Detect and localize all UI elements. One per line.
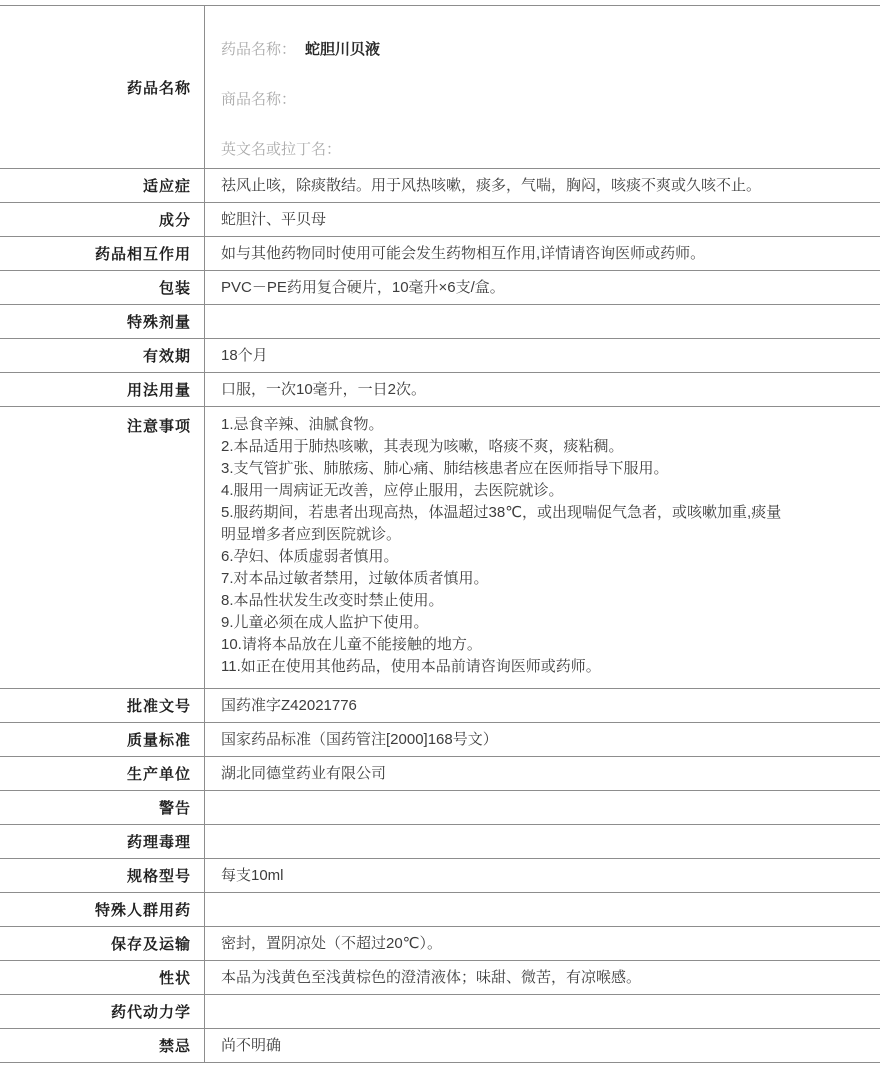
row-value bbox=[205, 825, 880, 858]
drug-info-table: 药品名称 药品名称：蛇胆川贝液 商品名称： 英文名或拉丁名： 适应症 祛风止咳，… bbox=[0, 5, 880, 1063]
page: 药品名称 药品名称：蛇胆川贝液 商品名称： 英文名或拉丁名： 适应症 祛风止咳，… bbox=[0, 0, 880, 1070]
table-row: 注意事项 1.忌食辛辣、油腻食物。2.本品适用于肺热咳嗽，其表现为咳嗽，咯痰不爽… bbox=[0, 407, 880, 689]
latin-name-line: 英文名或拉丁名： bbox=[221, 112, 350, 162]
row-label: 成分 bbox=[0, 203, 205, 236]
row-label: 性状 bbox=[0, 961, 205, 994]
row-label: 生产单位 bbox=[0, 757, 205, 790]
drug-name-value: 蛇胆川贝液 bbox=[305, 41, 380, 58]
row-value bbox=[205, 893, 880, 926]
row-label: 药理毒理 bbox=[0, 825, 205, 858]
table-row: 药理毒理 bbox=[0, 825, 880, 859]
row-label: 适应症 bbox=[0, 169, 205, 202]
table-row: 药代动力学 bbox=[0, 995, 880, 1029]
row-label: 注意事项 bbox=[0, 407, 205, 688]
table-row: 性状 本品为浅黄色至浅黄棕色的澄清液体；味甜、微苦，有凉喉感。 bbox=[0, 961, 880, 995]
table-row: 药品相互作用 如与其他药物同时使用可能会发生药物相互作用,详情请咨询医师或药师。 bbox=[0, 237, 880, 271]
row-value: 密封，置阴凉处（不超过20℃）。 bbox=[205, 927, 880, 960]
row-value: 蛇胆汁、平贝母 bbox=[205, 203, 880, 236]
row-label: 特殊剂量 bbox=[0, 305, 205, 338]
row-label: 特殊人群用药 bbox=[0, 893, 205, 926]
row-value: 国家药品标准（国药管注[2000]168号文） bbox=[205, 723, 880, 756]
note-line: 7.对本品过敏者禁用，过敏体质者慎用。 bbox=[221, 568, 489, 590]
table-row: 成分 蛇胆汁、平贝母 bbox=[0, 203, 880, 237]
table-row: 有效期 18个月 bbox=[0, 339, 880, 373]
row-label: 警告 bbox=[0, 791, 205, 824]
row-label: 用法用量 bbox=[0, 373, 205, 406]
row-value: 如与其他药物同时使用可能会发生药物相互作用,详情请咨询医师或药师。 bbox=[205, 237, 880, 270]
table-row: 特殊剂量 bbox=[0, 305, 880, 339]
note-line: 5.服药期间，若患者出现高热，体温超过38℃，或出现喘促气急者，或咳嗽加重,痰量… bbox=[221, 502, 781, 546]
note-line: 2.本品适用于肺热咳嗽，其表现为咳嗽，咯痰不爽，痰粘稠。 bbox=[221, 436, 624, 458]
row-label: 批准文号 bbox=[0, 689, 205, 722]
row-value: 本品为浅黄色至浅黄棕色的澄清液体；味甜、微苦，有凉喉感。 bbox=[205, 961, 880, 994]
trade-name-key: 商品名称： bbox=[221, 91, 296, 108]
table-row: 适应症 祛风止咳，除痰散结。用于风热咳嗽，痰多，气喘，胸闷，咳痰不爽或久咳不止。 bbox=[0, 169, 880, 203]
row-value: 国药准字Z42021776 bbox=[205, 689, 880, 722]
row-value: PVC－PE药用复合硬片，10毫升×6支/盒。 bbox=[205, 271, 880, 304]
row-value: 尚不明确 bbox=[205, 1029, 880, 1062]
row-value: 18个月 bbox=[205, 339, 880, 372]
row-label: 包装 bbox=[0, 271, 205, 304]
row-label: 规格型号 bbox=[0, 859, 205, 892]
row-value: 每支10ml bbox=[205, 859, 880, 892]
row-label: 质量标准 bbox=[0, 723, 205, 756]
table-row: 禁忌 尚不明确 bbox=[0, 1029, 880, 1063]
row-value: 1.忌食辛辣、油腻食物。2.本品适用于肺热咳嗽，其表现为咳嗽，咯痰不爽，痰粘稠。… bbox=[205, 407, 880, 688]
note-line: 10.请将本品放在儿童不能接触的地方。 bbox=[221, 634, 482, 656]
row-value bbox=[205, 995, 880, 1028]
row-value-drug-name: 药品名称：蛇胆川贝液 商品名称： 英文名或拉丁名： bbox=[205, 6, 880, 168]
row-label-drug-name: 药品名称 bbox=[0, 6, 205, 168]
table-row: 特殊人群用药 bbox=[0, 893, 880, 927]
trade-name-line: 商品名称： bbox=[221, 62, 305, 112]
row-value bbox=[205, 791, 880, 824]
row-label: 药代动力学 bbox=[0, 995, 205, 1028]
row-value: 口服，一次10毫升，一日2次。 bbox=[205, 373, 880, 406]
table-row: 警告 bbox=[0, 791, 880, 825]
table-row: 批准文号 国药准字Z42021776 bbox=[0, 689, 880, 723]
note-line: 1.忌食辛辣、油腻食物。 bbox=[221, 414, 384, 436]
latin-name-key: 英文名或拉丁名： bbox=[221, 141, 341, 158]
row-label: 禁忌 bbox=[0, 1029, 205, 1062]
row-label: 有效期 bbox=[0, 339, 205, 372]
row-value: 湖北同德堂药业有限公司 bbox=[205, 757, 880, 790]
table-row: 保存及运输 密封，置阴凉处（不超过20℃）。 bbox=[0, 927, 880, 961]
note-line: 6.孕妇、体质虚弱者慎用。 bbox=[221, 546, 399, 568]
table-row: 规格型号 每支10ml bbox=[0, 859, 880, 893]
row-value: 祛风止咳，除痰散结。用于风热咳嗽，痰多，气喘，胸闷，咳痰不爽或久咳不止。 bbox=[205, 169, 880, 202]
row-value bbox=[205, 305, 880, 338]
table-row: 包装 PVC－PE药用复合硬片，10毫升×6支/盒。 bbox=[0, 271, 880, 305]
note-line: 9.儿童必须在成人监护下使用。 bbox=[221, 612, 429, 634]
note-line: 3.支气管扩张、肺脓疡、肺心痛、肺结核患者应在医师指导下服用。 bbox=[221, 458, 669, 480]
table-row: 生产单位 湖北同德堂药业有限公司 bbox=[0, 757, 880, 791]
note-line: 8.本品性状发生改变时禁止使用。 bbox=[221, 590, 444, 612]
note-line: 4.服用一周病证无改善，应停止服用，去医院就诊。 bbox=[221, 480, 564, 502]
table-rows-container: 适应症 祛风止咳，除痰散结。用于风热咳嗽，痰多，气喘，胸闷，咳痰不爽或久咳不止。… bbox=[0, 169, 880, 1063]
note-line: 11.如正在使用其他药品，使用本品前请咨询医师或药师。 bbox=[221, 656, 601, 678]
table-row-drug-name: 药品名称 药品名称：蛇胆川贝液 商品名称： 英文名或拉丁名： bbox=[0, 6, 880, 169]
row-label: 保存及运输 bbox=[0, 927, 205, 960]
drug-name-key: 药品名称： bbox=[221, 41, 296, 58]
table-row: 质量标准 国家药品标准（国药管注[2000]168号文） bbox=[0, 723, 880, 757]
table-row: 用法用量 口服，一次10毫升，一日2次。 bbox=[0, 373, 880, 407]
row-label: 药品相互作用 bbox=[0, 237, 205, 270]
drug-name-line: 药品名称：蛇胆川贝液 bbox=[221, 12, 380, 62]
